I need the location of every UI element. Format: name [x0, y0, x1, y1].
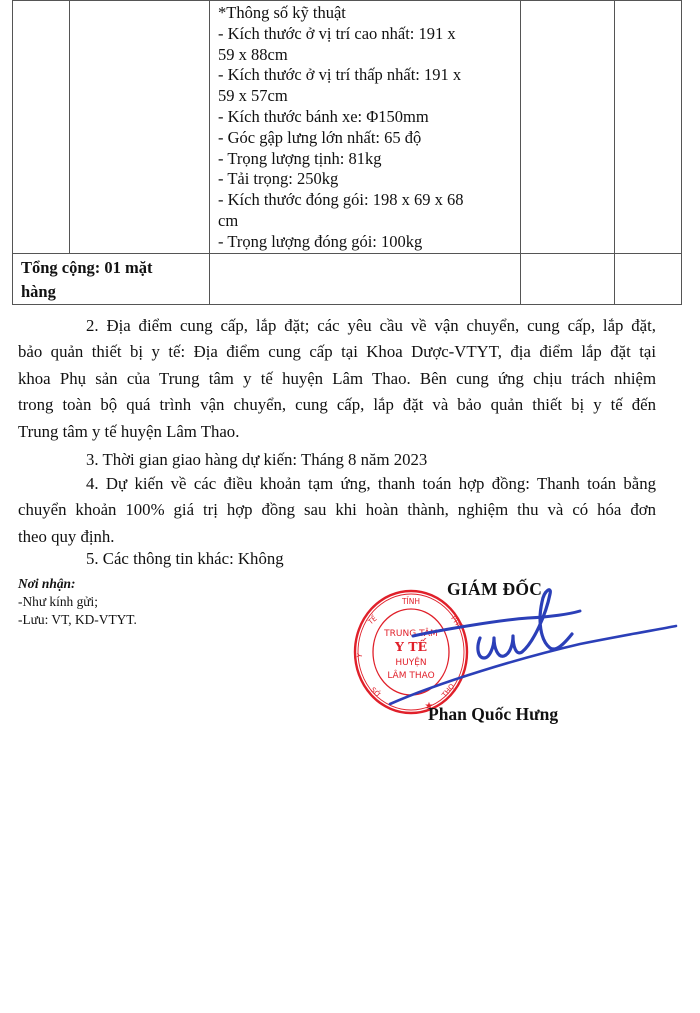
total-note-cell: [615, 254, 682, 305]
section-2-delivery-location: 2. Địa điểm cung cấp, lắp đặt; các yêu c…: [18, 313, 656, 445]
spec-line: 59 x 88cm: [218, 45, 514, 66]
paragraph-line: trong toàn bộ quá trình vận chuyển, cung…: [18, 392, 656, 418]
total-label: hàng: [21, 280, 203, 304]
spec-line: - Kích thước đóng gói: 198 x 69 x 68: [218, 190, 514, 211]
paragraph-line: Trung tâm y tế huyện Lâm Thao.: [18, 419, 656, 445]
spec-line: *Thông số kỹ thuật: [218, 3, 514, 24]
name-cell: [70, 1, 210, 254]
spec-line: - Kích thước ở vị trí thấp nhất: 191 x: [218, 65, 514, 86]
spec-cell: *Thông số kỹ thuật - Kích thước ở vị trí…: [210, 1, 521, 254]
index-cell: [13, 1, 70, 254]
section-4-payment-terms: 4. Dự kiến về các điều khoản tạm ứng, th…: [18, 471, 656, 550]
spec-line: - Trọng lượng tịnh: 81kg: [218, 149, 514, 170]
paragraph-line: 5. Các thông tin khác: Không: [18, 546, 656, 572]
total-label-cell: Tổng cộng: 01 mặt hàng: [13, 254, 210, 305]
recipients-block: Nơi nhận: -Như kính gửi; -Lưu: VT, KD-VT…: [18, 575, 137, 629]
paragraph-line: khoa Phụ sản của Trung tâm y tế huyện Lâ…: [18, 366, 656, 392]
total-label: Tổng cộng: 01 mặt: [21, 256, 203, 280]
svg-text:Y: Y: [356, 652, 365, 659]
paragraph-line: 4. Dự kiến về các điều khoản tạm ứng, th…: [18, 471, 656, 497]
paragraph-line: 3. Thời gian giao hàng dự kiến: Tháng 8 …: [18, 447, 656, 473]
handwritten-signature-icon: [380, 586, 680, 721]
signer-name: Phan Quốc Hưng: [428, 704, 558, 725]
table-row: *Thông số kỹ thuật - Kích thước ở vị trí…: [13, 1, 682, 254]
paragraph-line: 2. Địa điểm cung cấp, lắp đặt; các yêu c…: [18, 313, 656, 339]
paragraph-line: chuyển khoản 100% giá trị hợp đồng sau k…: [18, 497, 656, 523]
spec-line: - Kích thước ở vị trí cao nhất: 191 x: [218, 24, 514, 45]
spec-line: 59 x 57cm: [218, 86, 514, 107]
section-3-delivery-time: 3. Thời gian giao hàng dự kiến: Tháng 8 …: [18, 447, 656, 473]
recipient-item: -Như kính gửi;: [18, 593, 137, 611]
total-row: Tổng cộng: 01 mặt hàng: [13, 254, 682, 305]
total-spec-cell: [210, 254, 521, 305]
recipients-heading: Nơi nhận:: [18, 575, 137, 593]
spec-line: - Góc gập lưng lớn nhất: 65 độ: [218, 128, 514, 149]
note-cell: [615, 1, 682, 254]
paragraph-line: bảo quản thiết bị y tế: Địa điểm cung cấ…: [18, 339, 656, 365]
quantity-cell: [521, 1, 615, 254]
spec-line: - Trọng lượng đóng gói: 100kg: [218, 232, 514, 253]
section-5-other-info: 5. Các thông tin khác: Không: [18, 546, 656, 572]
equipment-spec-table: *Thông số kỹ thuật - Kích thước ở vị trí…: [12, 0, 682, 305]
total-quantity-cell: [521, 254, 615, 305]
spec-line: - Tải trọng: 250kg: [218, 169, 514, 190]
recipient-item: -Lưu: VT, KD-VTYT.: [18, 611, 137, 629]
spec-line: cm: [218, 211, 514, 232]
spec-line: - Kích thước bánh xe: Φ150mm: [218, 107, 514, 128]
